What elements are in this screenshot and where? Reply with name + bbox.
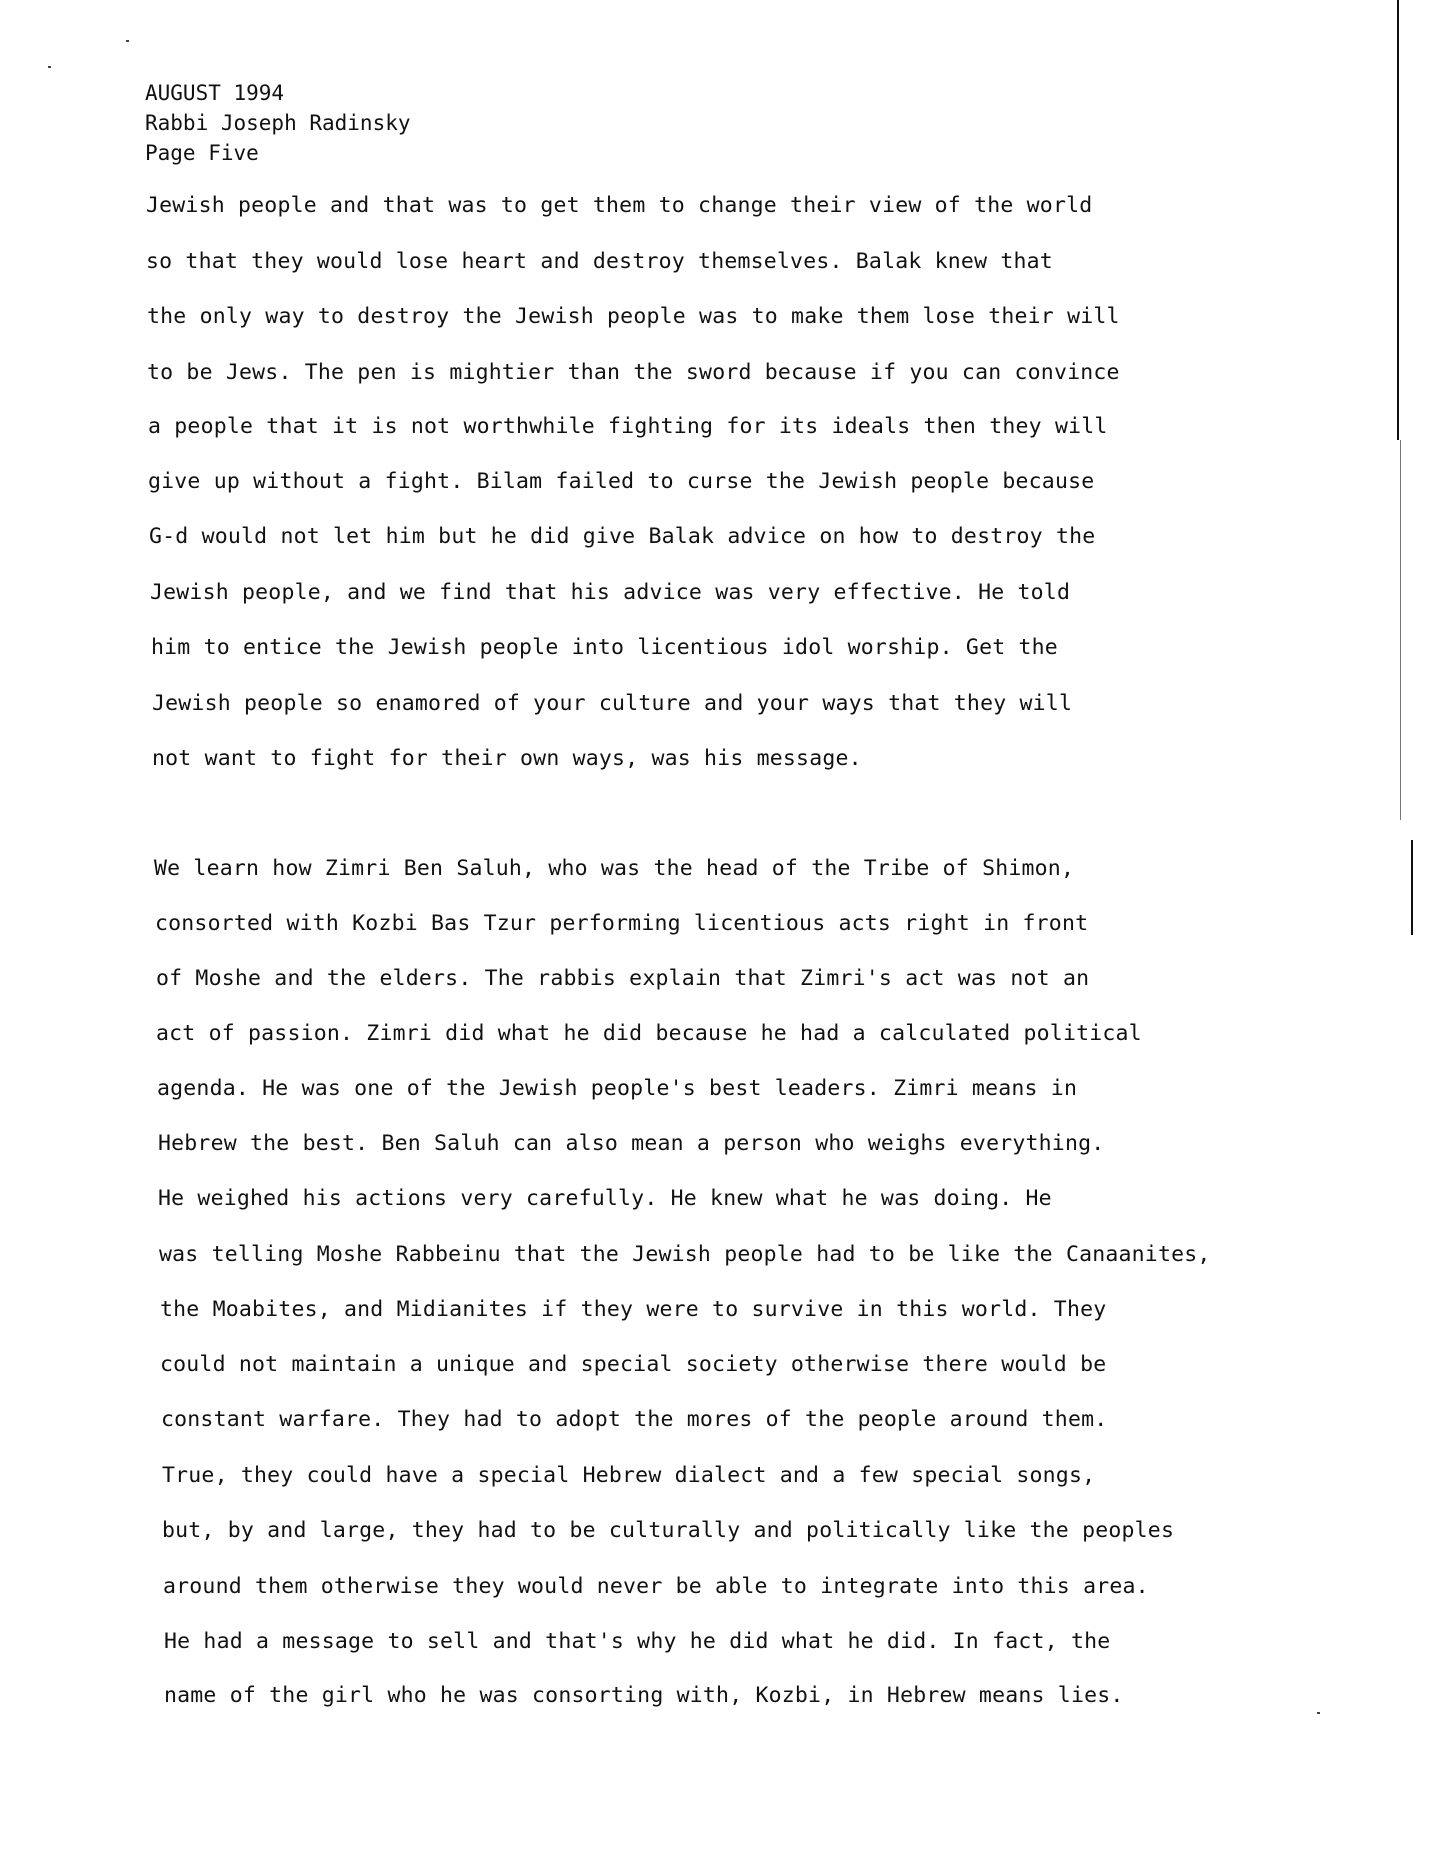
- text-line: Jewish people and that was to get them t…: [146, 193, 1092, 218]
- header-page-number: Page Five: [145, 138, 411, 168]
- text-line: Hebrew the best. Ben Saluh can also mean…: [158, 1131, 1104, 1156]
- text-line: was telling Moshe Rabbeinu that the Jewi…: [159, 1242, 1211, 1267]
- text-line: could not maintain a unique and special …: [160, 1352, 1106, 1377]
- text-line: He weighed his actions very carefully. H…: [158, 1186, 1052, 1211]
- scan-edge-line: [1400, 440, 1401, 820]
- text-line: He had a message to sell and that's why …: [164, 1629, 1110, 1654]
- text-line: the only way to destroy the Jewish peopl…: [147, 304, 1120, 329]
- scan-speck: [1317, 1712, 1320, 1714]
- document-header: AUGUST 1994 Rabbi Joseph Radinsky Page F…: [145, 78, 411, 168]
- text-line: to be Jews. The pen is mightier than the…: [147, 360, 1120, 385]
- text-line: We learn how Zimri Ben Saluh, who was th…: [154, 856, 1074, 881]
- text-line: act of passion. Zimri did what he did be…: [156, 1021, 1142, 1046]
- text-line: a people that it is not worthwhile fight…: [148, 414, 1108, 439]
- text-line: Jewish people so enamored of your cultur…: [152, 691, 1072, 716]
- text-line: him to entice the Jewish people into lic…: [151, 635, 1058, 660]
- text-line: the Moabites, and Midianites if they wer…: [160, 1297, 1106, 1322]
- scan-edge-line: [1411, 840, 1413, 935]
- scan-edge-line: [1397, 0, 1399, 440]
- text-line: give up without a fight. Bilam failed to…: [148, 469, 1094, 494]
- text-line: agenda. He was one of the Jewish people'…: [157, 1076, 1077, 1101]
- text-line: of Moshe and the elders. The rabbis expl…: [156, 966, 1089, 991]
- text-line: not want to fight for their own ways, wa…: [152, 746, 862, 771]
- text-line: around them otherwise they would never b…: [163, 1574, 1149, 1599]
- text-line: but, by and large, they had to be cultur…: [162, 1518, 1174, 1543]
- text-line: constant warfare. They had to adopt the …: [161, 1407, 1107, 1432]
- scan-speck: [48, 66, 51, 68]
- text-line: so that they would lose heart and destro…: [146, 249, 1053, 274]
- header-author: Rabbi Joseph Radinsky: [145, 108, 411, 138]
- scan-speck: [126, 40, 129, 42]
- header-date: AUGUST 1994: [145, 78, 411, 108]
- text-line: name of the girl who he was consorting w…: [164, 1683, 1124, 1708]
- text-line: True, they could have a special Hebrew d…: [162, 1463, 1095, 1488]
- text-line: Jewish people, and we find that his advi…: [150, 580, 1070, 605]
- text-line: G-d would not let him but he did give Ba…: [149, 524, 1095, 549]
- text-line: consorted with Kozbi Bas Tzur performing…: [155, 911, 1088, 936]
